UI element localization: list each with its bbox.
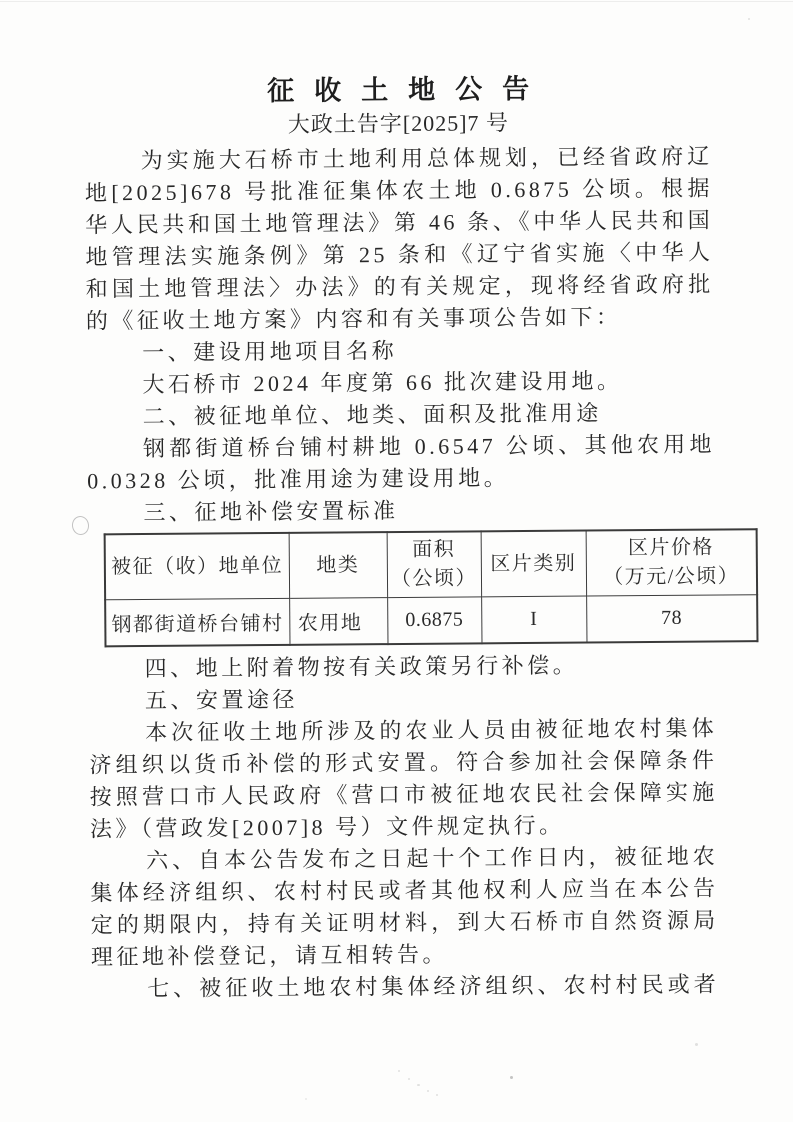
section-heading-4: 四、地上附着物按有关政策另行补偿。 — [89, 649, 717, 686]
col-header-land-type: 地类 — [289, 532, 388, 598]
compensation-table: 被征（收）地单位 地类 面积 （公顷） 区片类别 区片价格 （万元/公顷） 钢都… — [104, 528, 759, 647]
body-line: 理征地补偿登记，请互相转告。 — [91, 937, 719, 974]
cell-zone-class: I — [481, 596, 586, 643]
doc-body: 为实施大石桥市土地利用总体规划，已经省政府辽政 地[2025]678 号批准征集… — [85, 141, 720, 1006]
section-heading-7: 七、被征收土地农村集体经济组织、农村村民或者其 — [91, 969, 719, 1006]
col-header-area-line2: （公顷） — [387, 564, 480, 594]
body-line: 本次征收土地所涉及的农业人员由被征地农村集体经 — [89, 713, 717, 750]
section-heading-6: 六、自本公告发布之日起十个工作日内，被征地农村 — [90, 841, 718, 878]
cell-unit: 钢都街道桥台铺村 — [105, 598, 289, 646]
doc-number: 大政土告字[2025]7 号 — [84, 108, 712, 140]
body-line: 为实施大石桥市土地利用总体规划，已经省政府辽政 — [85, 141, 713, 178]
col-header-zone-class: 区片类别 — [481, 531, 587, 597]
scan-speck — [695, 1043, 698, 1046]
col-header-zone-price: 区片价格 （万元/公顷） — [586, 529, 758, 596]
col-header-area-line1: 面积 — [387, 535, 480, 565]
scan-speck — [510, 1076, 513, 1079]
scan-speck — [305, 1098, 307, 1100]
cell-land-type: 农用地 — [289, 598, 387, 645]
body-line: 集体经济组织、农村村民或者其他权利人应当在本公告规 — [90, 873, 718, 910]
body-line: 的《征收土地方案》内容和有关事项公告如下： — [86, 301, 714, 338]
col-header-area: 面积 （公顷） — [387, 531, 482, 597]
section-heading-5: 五、安置途径 — [89, 681, 717, 718]
col-header-price-line1: 区片价格 — [586, 533, 756, 563]
scan-speck — [398, 1070, 400, 1072]
body-line: 地管理法实施条例》第 25 条和《辽宁省实施〈中华人民共 — [85, 237, 713, 274]
body-line: 济组织以货币补偿的形式安置。符合参加社会保障条件的， — [89, 745, 717, 782]
scan-speck — [436, 1094, 438, 1096]
doc-title: 征收土地公告 — [84, 70, 712, 113]
body-line: 定的期限内，持有关证明材料，到大石桥市自然资源局办 — [91, 905, 719, 942]
document-content: 征收土地公告 大政土告字[2025]7 号 为实施大石桥市土地利用总体规划，已经… — [84, 70, 719, 1006]
body-line: 按照营口市人民政府《营口市被征地农民社会保障实施办 — [90, 777, 718, 814]
scan-speck — [408, 1078, 410, 1080]
col-header-price-line2: （万元/公顷） — [586, 562, 756, 592]
scan-speck — [427, 1090, 429, 1092]
scan-edge-line — [0, 1, 793, 2]
col-header-unit: 被征（收）地单位 — [105, 533, 290, 600]
section-heading-2: 二、被征地单位、地类、面积及批准用途 — [87, 397, 715, 434]
cell-zone-price: 78 — [586, 595, 757, 643]
body-line: 地[2025]678 号批准征集体农土地 0.6875 公顷。根据《中 — [85, 173, 713, 210]
section-heading-1: 一、建设用地项目名称 — [86, 333, 714, 370]
scanned-document-page: 征收土地公告 大政土告字[2025]7 号 为实施大石桥市土地利用总体规划，已经… — [0, 0, 793, 1122]
section-heading-3: 三、征地补偿安置标准 — [87, 493, 715, 530]
body-line: 钢都街道桥台铺村耕地 0.6547 公顷、其他农用地 — [87, 429, 715, 466]
body-line: 大石桥市 2024 年度第 66 批次建设用地。 — [86, 365, 714, 402]
table-row: 钢都街道桥台铺村 农用地 0.6875 I 78 — [105, 595, 757, 647]
body-line: 华人民共和国土地管理法》第 46 条、《中华人民共和国土 — [85, 205, 713, 242]
scan-speck — [748, 18, 750, 20]
body-line: 法》（营政发[2007]8 号）文件规定执行。 — [90, 809, 718, 846]
scan-speck — [417, 1084, 420, 1086]
body-line: 0.0328 公顷，批准用途为建设用地。 — [87, 461, 715, 498]
body-line: 和国土地管理法〉办法》的有关规定，现将经省政府批准 — [86, 269, 714, 306]
cell-area: 0.6875 — [387, 597, 481, 644]
